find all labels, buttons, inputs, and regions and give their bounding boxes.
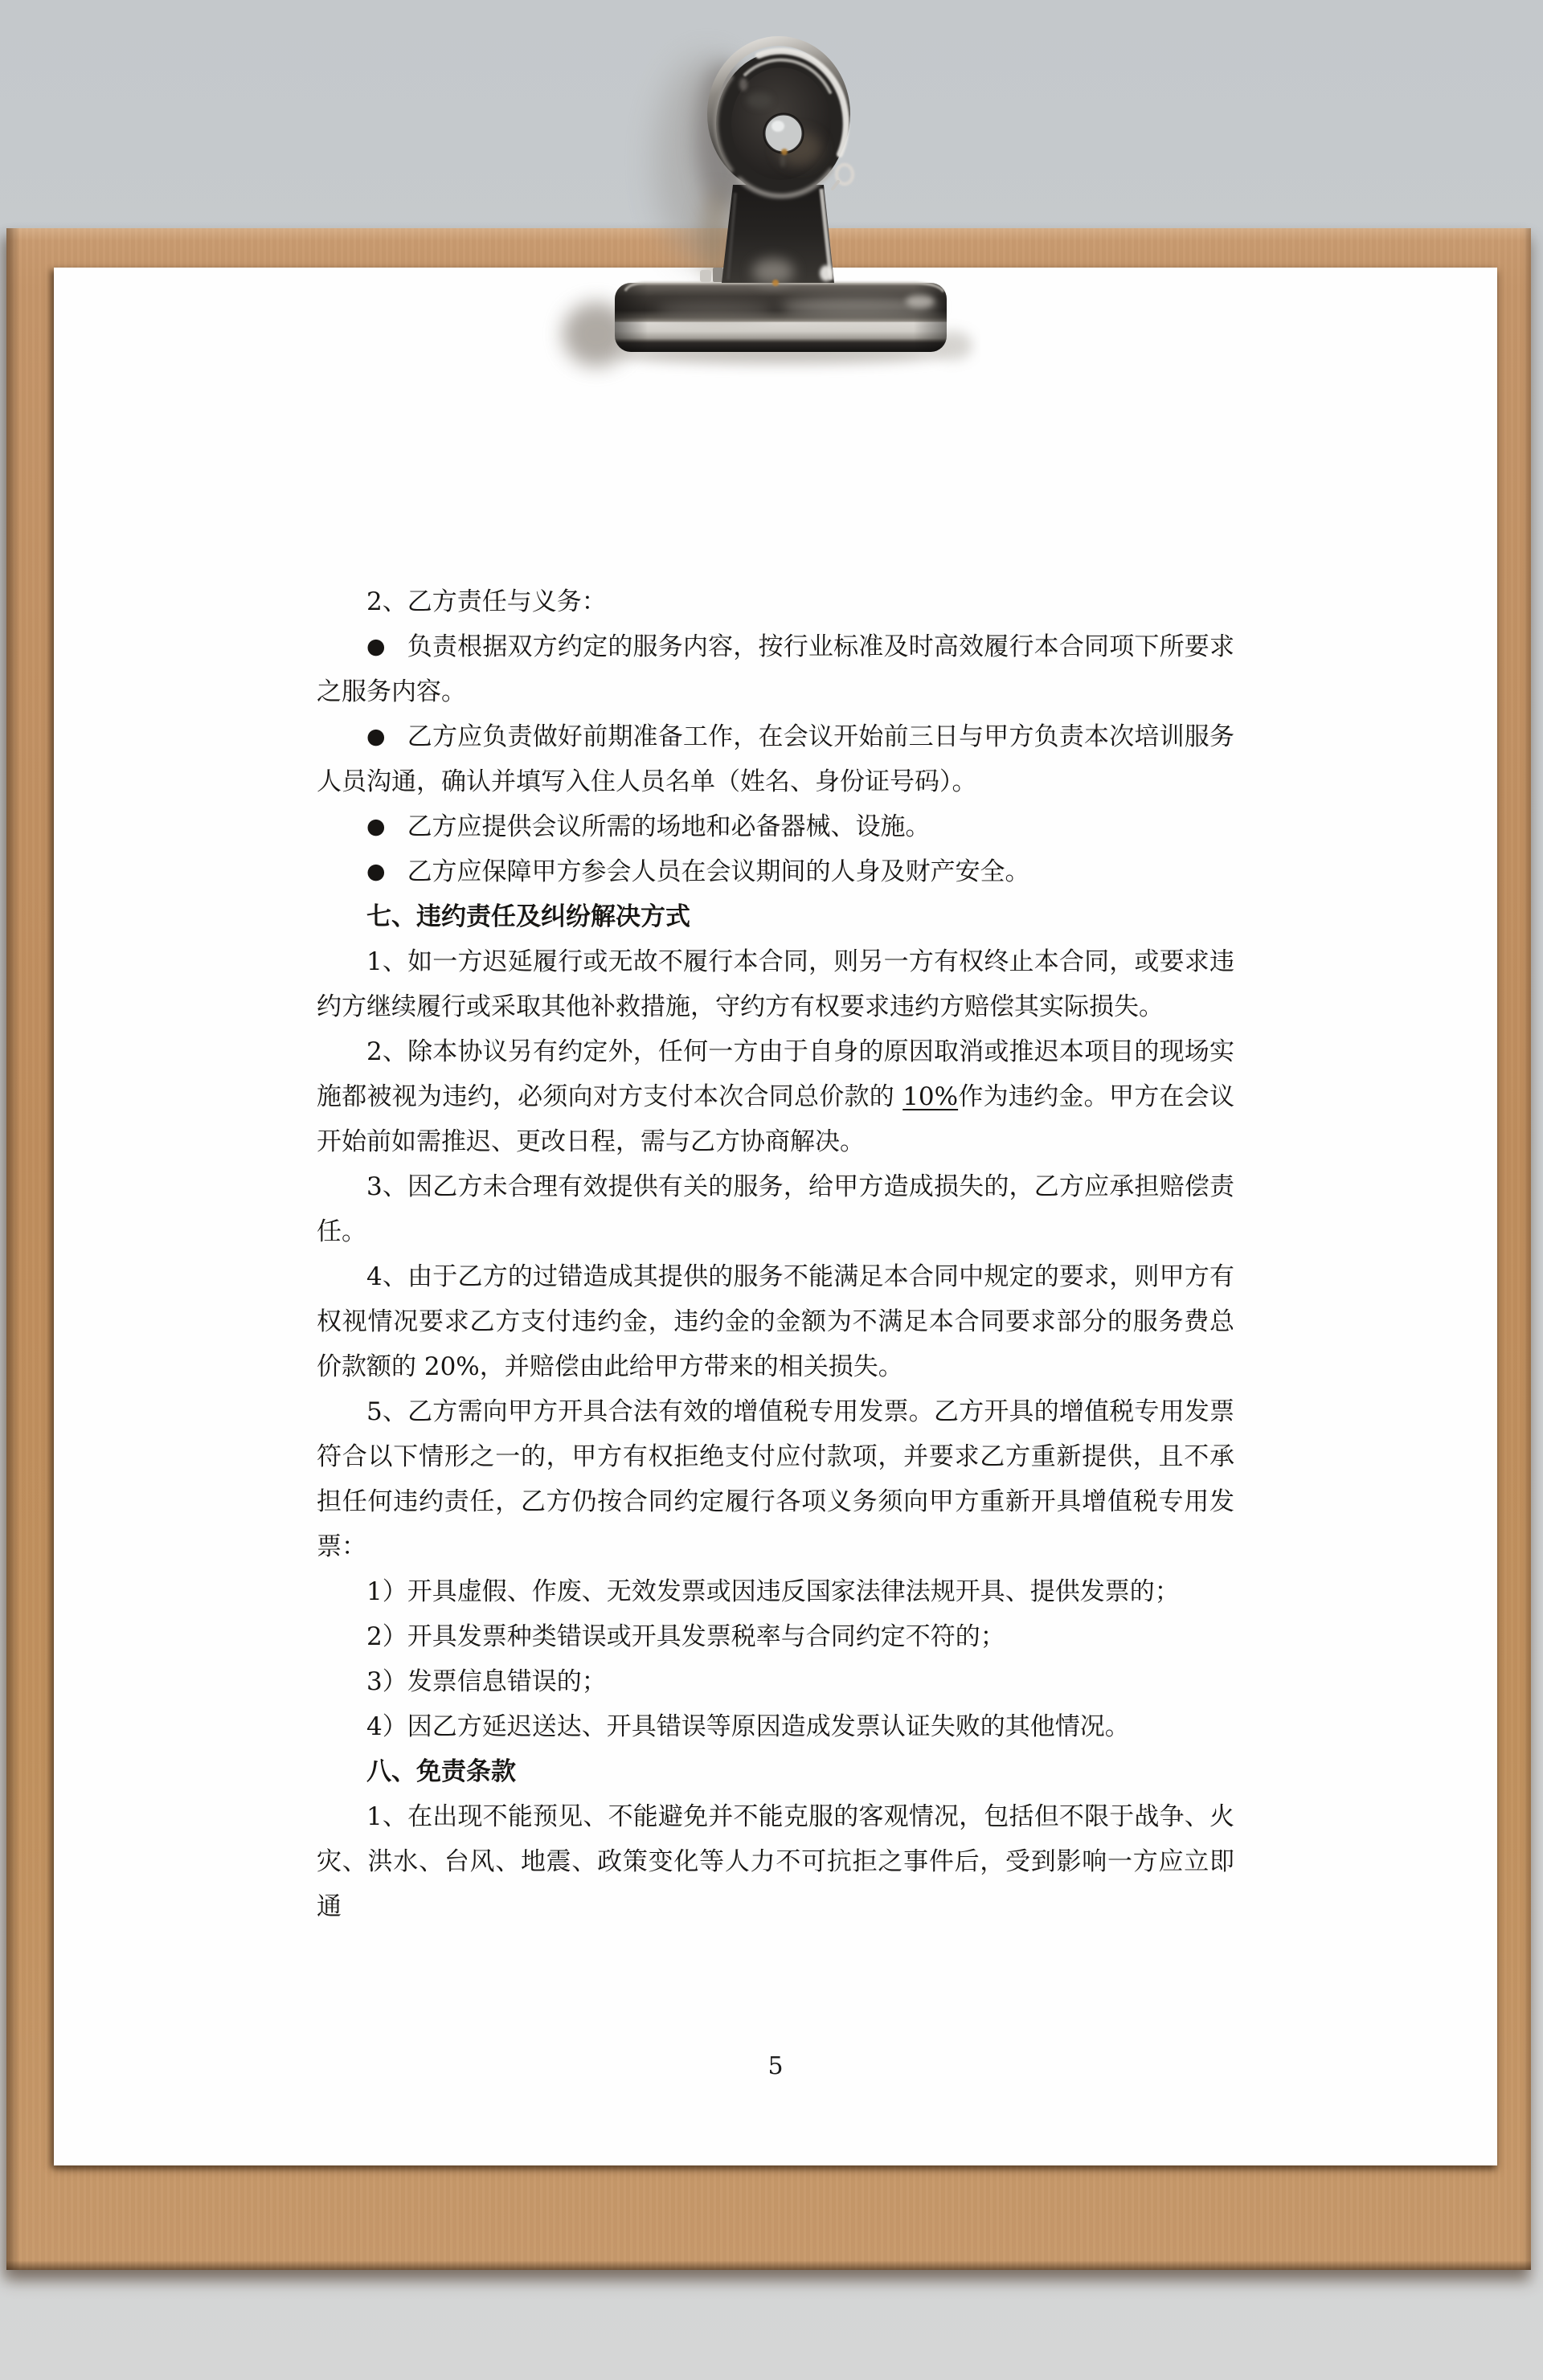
clip-coil-reflection xyxy=(739,78,747,91)
clip-neck-glint xyxy=(772,280,779,286)
clip-coil-reflection xyxy=(747,92,772,108)
bullet-icon: ● xyxy=(366,724,386,749)
contract-paragraph: 1、如一方迟延履行或无故不履行本合同，则另一方有权终止本合同，或要求违约方继续履… xyxy=(317,939,1234,1029)
clip-bar-side-shading xyxy=(615,283,947,352)
clip-hole-streak xyxy=(780,154,785,167)
clip-wire-hook-shade xyxy=(833,182,838,189)
clip-tab xyxy=(700,270,711,282)
invoice-list-item: 3）发票信息错误的； xyxy=(317,1659,1234,1704)
clip-hole-highlight xyxy=(771,121,784,132)
bullet-item: ●乙方应提供会议所需的场地和必备器械、设施。 xyxy=(317,804,1234,849)
clip-hole xyxy=(764,114,803,153)
contract-paragraph: 1、在出现不能预见、不能避免并不能克服的客观情况，包括但不限于战争、火灾、洪水、… xyxy=(317,1794,1234,1929)
bullet-text: 乙方应提供会议所需的场地和必备器械、设施。 xyxy=(407,812,931,841)
document-page: 2、乙方责任与义务： ●负责根据双方约定的服务内容，按行业标准及时高效履行本合同… xyxy=(54,268,1497,2165)
section-heading: 七、违约责任及纠纷解决方式 xyxy=(317,894,1234,939)
bullet-text: 负责根据双方约定的服务内容，按行业标准及时高效履行本合同项下所要求之服务内容。 xyxy=(317,632,1234,706)
bullet-icon: ● xyxy=(366,814,386,839)
bullet-icon: ● xyxy=(366,634,386,659)
contract-paragraph: 2、除本协议另有约定外，任何一方由于自身的原因取消或推迟本项目的现场实施都被视为… xyxy=(317,1029,1234,1164)
clip-bar-sheen xyxy=(655,302,776,318)
clip-bar-sheen xyxy=(906,295,935,308)
clip-neck-sheen xyxy=(752,259,794,284)
page-number: 5 xyxy=(54,2044,1497,2089)
invoice-list-item: 4）因乙方延迟送达、开具错误等原因造成发票认证失败的其他情况。 xyxy=(317,1704,1234,1749)
clip-neck-glint xyxy=(820,265,833,281)
binder-clip xyxy=(514,24,980,394)
contract-paragraph: 5、乙方需向甲方开具合法有效的增值税专用发票。乙方开具的增值税专用发票符合以下情… xyxy=(317,1389,1234,1569)
penalty-rate-underlined: 10% xyxy=(902,1082,958,1111)
contract-paragraph: 4、由于乙方的过错造成其提供的服务不能满足本合同中规定的要求，则甲方有权视情况要… xyxy=(317,1254,1234,1389)
bullet-text: 乙方应负责做好前期准备工作，在会议开始前三日与甲方负责本次培训服务人员沟通，确认… xyxy=(317,722,1234,796)
clause-title: 2、乙方责任与义务： xyxy=(317,579,1234,624)
clip-hole-glint xyxy=(781,149,788,155)
section-heading: 八、免责条款 xyxy=(317,1749,1234,1794)
clip-tab xyxy=(713,268,723,282)
bullet-text: 乙方应保障甲方参会人员在会议期间的人身及财产安全。 xyxy=(407,857,1030,886)
contract-paragraph: 3、因乙方未合理有效提供有关的服务，给甲方造成损失的，乙方应承担赔偿责任。 xyxy=(317,1164,1234,1254)
bullet-item: ●乙方应保障甲方参会人员在会议期间的人身及财产安全。 xyxy=(317,849,1234,894)
invoice-list-item: 1）开具虚假、作废、无效发票或因违反国家法律法规开具、提供发票的； xyxy=(317,1569,1234,1614)
contract-text-block: 2、乙方责任与义务： ●负责根据双方约定的服务内容，按行业标准及时高效履行本合同… xyxy=(317,579,1234,1929)
bullet-item: ●乙方应负责做好前期准备工作，在会议开始前三日与甲方负责本次培训服务人员沟通，确… xyxy=(317,714,1234,804)
bullet-item: ●负责根据双方约定的服务内容，按行业标准及时高效履行本合同项下所要求之服务内容。 xyxy=(317,624,1234,714)
invoice-list-item: 2）开具发票种类错误或开具发票税率与合同约定不符的； xyxy=(317,1614,1234,1659)
bullet-icon: ● xyxy=(366,859,386,884)
